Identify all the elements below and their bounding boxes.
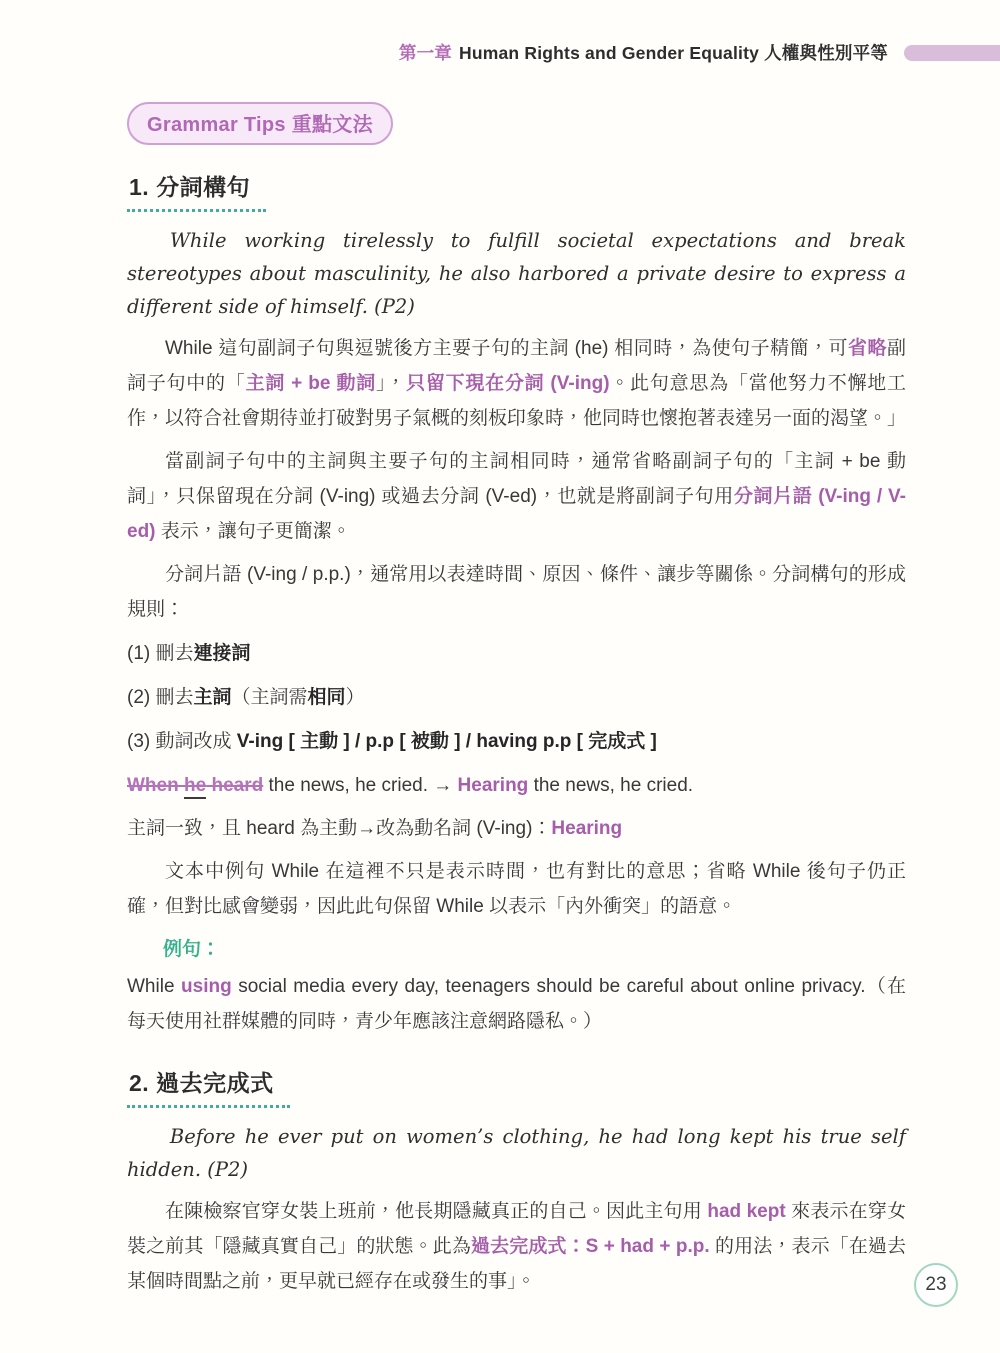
text-run: (2) 刪去 bbox=[127, 687, 194, 708]
text-run: ） bbox=[346, 687, 365, 708]
header-decor-bar bbox=[904, 45, 1000, 61]
text-run: he bbox=[184, 775, 206, 799]
section1-paragraph-4: 文本中例句 While 在這裡不只是表示時間，也有對比的意思；省略 While … bbox=[127, 854, 906, 924]
section1-heading-wrap: 1. 分詞構句 bbox=[127, 169, 906, 212]
text-run: 在陳檢察官穿女裝上班前，他長期隱藏真正的自己。因此主句用 bbox=[165, 1201, 707, 1222]
text-run: 表示，讓句子更簡潔。 bbox=[156, 521, 351, 542]
text-run: 」， bbox=[376, 373, 406, 394]
text-run: using bbox=[181, 976, 232, 997]
page-header: 第一章Human Rights and Gender Equality 人權與性… bbox=[399, 40, 1000, 65]
page-content: Grammar Tips 重點文法 1. 分詞構句 While working … bbox=[127, 102, 906, 1307]
page-number-circle: 23 bbox=[914, 1263, 958, 1307]
text-run: While bbox=[127, 976, 181, 997]
text-run: 連接詞 bbox=[194, 643, 251, 664]
text-run: the news, he cried. → bbox=[263, 775, 457, 796]
page-number: 23 bbox=[925, 1274, 946, 1296]
transformation-example-note: 主詞一致，且 heard 為主動→改為動名詞 (V-ing)：Hearing bbox=[127, 811, 906, 846]
text-run: Hearing bbox=[458, 775, 529, 796]
text-run: 相同 bbox=[308, 687, 346, 708]
section1-heading: 1. 分詞構句 bbox=[127, 169, 266, 212]
grammar-tips-badge: Grammar Tips 重點文法 bbox=[127, 102, 393, 145]
chapter-number: 第一章 bbox=[399, 43, 452, 63]
text-run: 過去完成式：S + had + p.p. bbox=[471, 1236, 710, 1257]
rule-item-2: (2) 刪去主詞（主詞需相同） bbox=[127, 680, 906, 715]
text-run: When bbox=[127, 775, 184, 796]
text-run: 只留下現在分詞 (V-ing) bbox=[406, 373, 609, 394]
badge-row: Grammar Tips 重點文法 bbox=[127, 102, 906, 145]
chapter-title: Human Rights and Gender Equality 人權與性別平等 bbox=[459, 43, 888, 63]
text-run: heard bbox=[206, 775, 263, 796]
rule-item-3: (3) 動詞改成 V-ing [ 主動 ] / p.p [ 被動 ] / hav… bbox=[127, 724, 906, 759]
section1-paragraph-3: 分詞片語 (V-ing / p.p.)，通常用以表達時間、原因、條件、讓步等關係… bbox=[127, 557, 906, 627]
text-run: Hearing bbox=[551, 818, 622, 839]
section1-quote: While working tirelessly to fulfill soci… bbox=[127, 224, 906, 323]
section1-paragraph-2: 當副詞子句中的主詞與主要子句的主詞相同時，通常省略副詞子句的「主詞 + be 動… bbox=[127, 444, 906, 549]
text-run: social media every day, teenagers should… bbox=[127, 976, 906, 1032]
usage-example-sentence: While using social media every day, teen… bbox=[127, 969, 906, 1039]
text-run: had kept bbox=[707, 1201, 785, 1222]
example-label: 例句： bbox=[163, 934, 906, 961]
text-run: （主詞需 bbox=[232, 687, 308, 708]
text-run: V-ing [ 主動 ] / p.p [ 被動 ] / having p.p [… bbox=[237, 731, 657, 752]
transformation-example: When he heard the news, he cried. → Hear… bbox=[127, 768, 906, 803]
section2-paragraph-1: 在陳檢察官穿女裝上班前，他長期隱藏真正的自己。因此主句用 had kept 來表… bbox=[127, 1194, 906, 1299]
text-run: While 這句副詞子句與逗號後方主要子句的主詞 (he) 相同時，為使句子精簡… bbox=[165, 338, 848, 359]
text-run: 主詞 + be 動詞 bbox=[246, 373, 376, 394]
section2-quote: Before he ever put on women’s clothing, … bbox=[127, 1120, 906, 1186]
text-run: (1) 刪去 bbox=[127, 643, 194, 664]
section2-heading-wrap: 2. 過去完成式 bbox=[127, 1065, 906, 1108]
section2-heading: 2. 過去完成式 bbox=[127, 1065, 290, 1108]
text-run: (3) 動詞改成 bbox=[127, 731, 237, 752]
text-run: the news, he cried. bbox=[528, 775, 693, 796]
text-run: 省略 bbox=[848, 338, 887, 359]
text-run: 主詞一致，且 heard 為主動→改為動名詞 (V-ing)： bbox=[127, 818, 551, 839]
chapter-header-text: 第一章Human Rights and Gender Equality 人權與性… bbox=[399, 40, 888, 65]
section1-paragraph-1: While 這句副詞子句與逗號後方主要子句的主詞 (he) 相同時，為使句子精簡… bbox=[127, 331, 906, 436]
textbook-page: 第一章Human Rights and Gender Equality 人權與性… bbox=[0, 0, 1000, 1353]
rule-item-1: (1) 刪去連接詞 bbox=[127, 636, 906, 671]
text-run: 主詞 bbox=[194, 687, 232, 708]
